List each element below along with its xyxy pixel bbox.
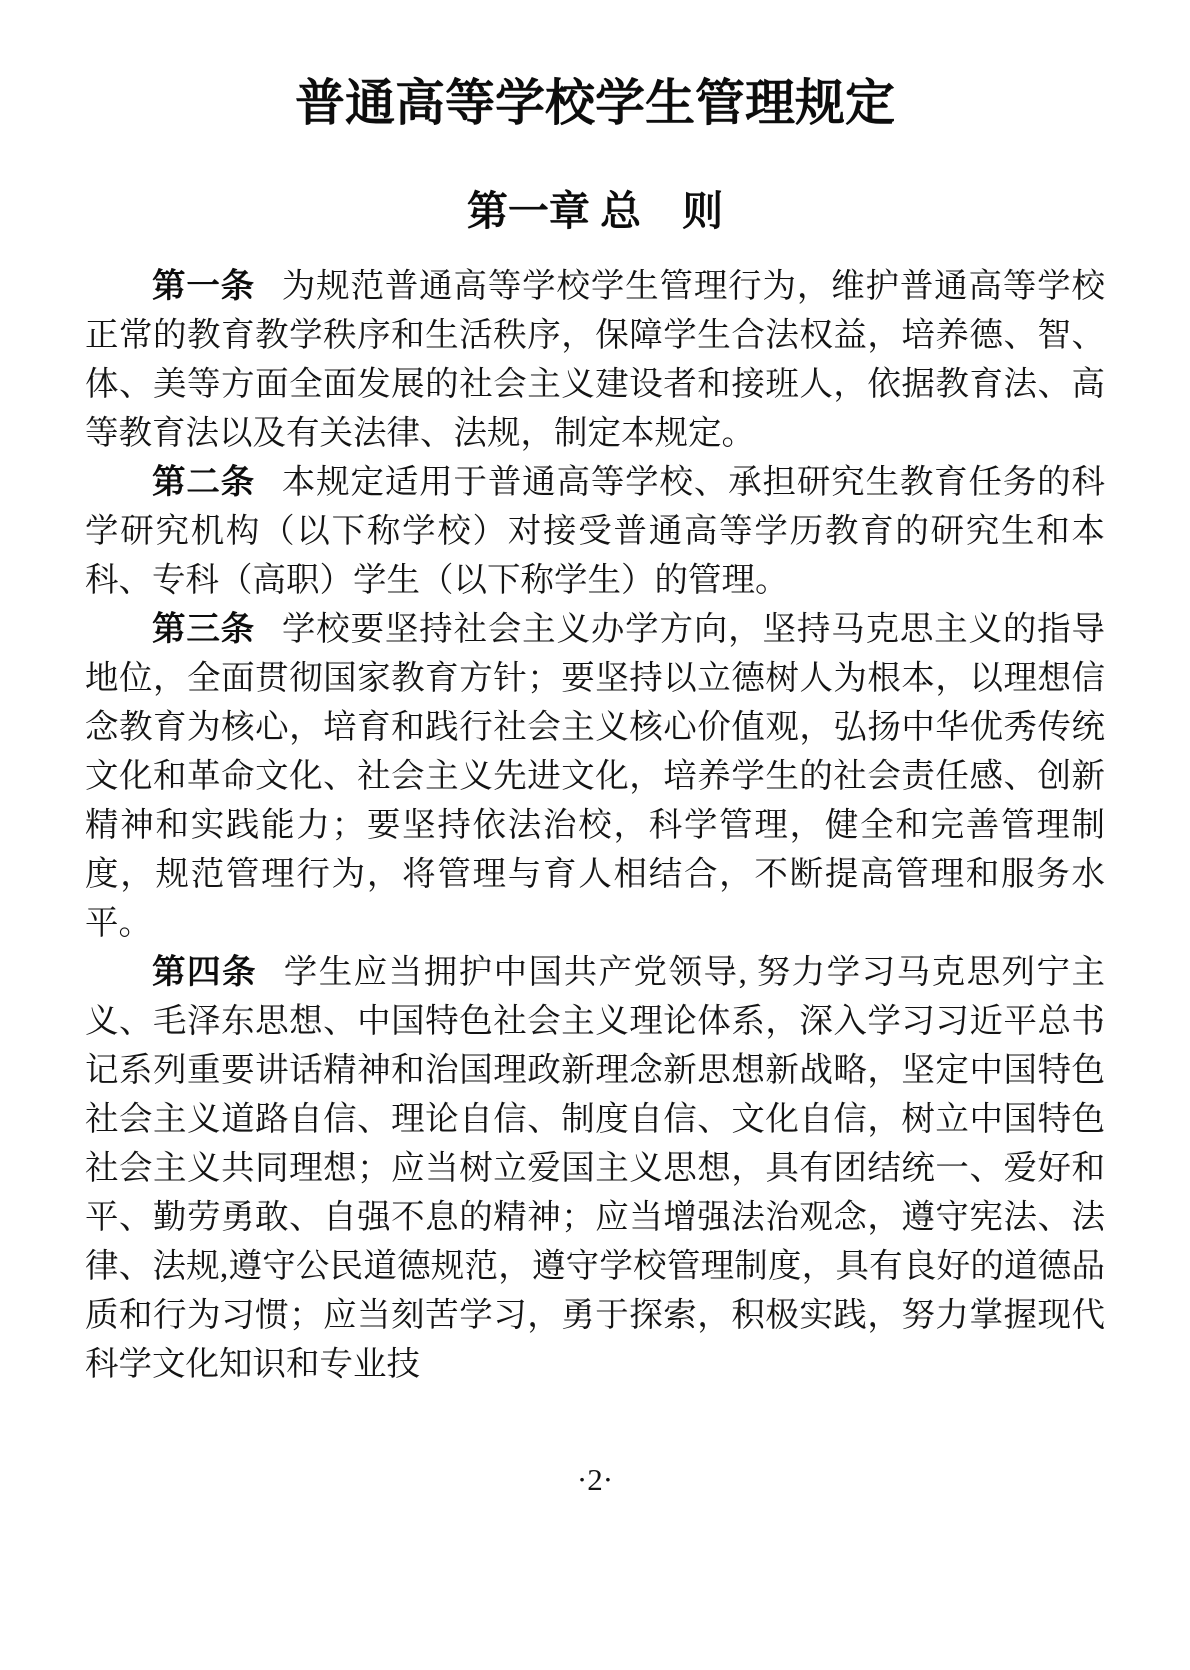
article-3-label: 第三条 <box>152 611 255 648</box>
page-number: ·2· <box>0 1462 1190 1498</box>
article-paragraph-1: 第一条为规范普通高等学校学生管理行为，维护普通高等学校正常的教育教学秩序和生活秩… <box>85 262 1105 458</box>
article-4-text: 学生应当拥护中国共产党领导, 努力学习马克思列宁主义、毛泽东思想、中国特色社会主… <box>85 954 1105 1383</box>
page-content: 普通高等学校学生管理规定 第一章 总 则 第一条为规范普通高等学校学生管理行为，… <box>0 0 1190 1389</box>
article-2-label: 第二条 <box>152 464 255 501</box>
article-body: 第一条为规范普通高等学校学生管理行为，维护普通高等学校正常的教育教学秩序和生活秩… <box>85 262 1105 1389</box>
document-title: 普通高等学校学生管理规定 <box>85 72 1105 134</box>
document-page: 普通高等学校学生管理规定 第一章 总 则 第一条为规范普通高等学校学生管理行为，… <box>0 0 1190 1670</box>
article-3-text: 学校要坚持社会主义办学方向，坚持马克思主义的指导地位，全面贯彻国家教育方针；要坚… <box>85 611 1105 942</box>
article-paragraph-3: 第三条学校要坚持社会主义办学方向，坚持马克思主义的指导地位，全面贯彻国家教育方针… <box>85 605 1105 948</box>
article-1-label: 第一条 <box>152 268 255 305</box>
chapter-heading: 第一章 总 则 <box>85 186 1105 236</box>
article-paragraph-2: 第二条本规定适用于普通高等学校、承担研究生教育任务的科学研究机构（以下称学校）对… <box>85 458 1105 605</box>
article-paragraph-4: 第四条学生应当拥护中国共产党领导, 努力学习马克思列宁主义、毛泽东思想、中国特色… <box>85 948 1105 1389</box>
article-4-label: 第四条 <box>152 954 257 991</box>
